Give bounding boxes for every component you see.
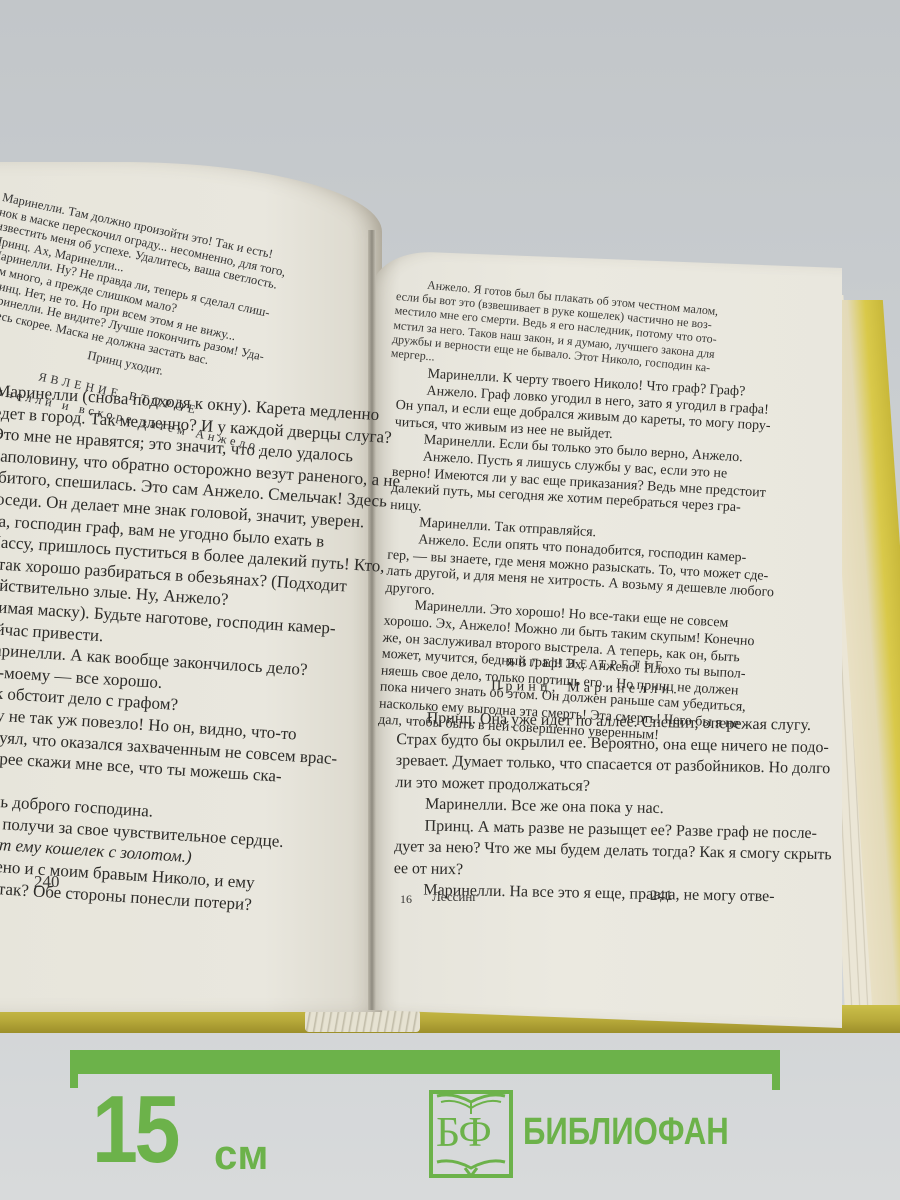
size-value: 15 (92, 1082, 177, 1178)
ruler-bar (70, 1050, 780, 1074)
signature-number: 16 (400, 892, 412, 907)
ruler-bar-left-tick (70, 1050, 78, 1088)
spine-headband (305, 1010, 420, 1032)
size-unit: см (214, 1134, 268, 1176)
right-page-bottom-text: ЯВЛЕНИЕ ТРЕТЬЕ Принц, Маринелли. Принц. … (393, 650, 835, 909)
left-page-main-text: Маринелли (снова подходя к окну). Карета… (0, 380, 405, 923)
right-page-number: 241 (650, 888, 673, 905)
logo-mark: БФ (436, 1112, 491, 1154)
ruler-bar-right-tick (772, 1050, 780, 1090)
book-photo: Маринелли. Там должно произойти это! Так… (0, 0, 900, 1200)
signature-author: Лессинг (432, 889, 478, 905)
brand-name: БИБЛИОФАН (523, 1112, 729, 1152)
left-page-number: 240 (34, 872, 60, 892)
